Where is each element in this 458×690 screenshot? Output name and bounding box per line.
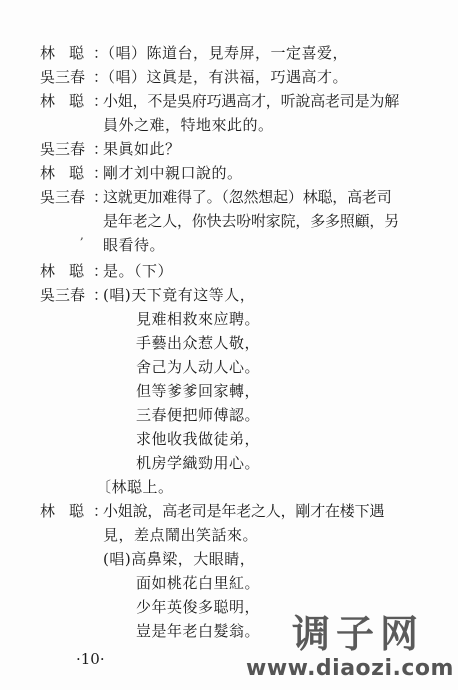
dialogue-line: （唱）陈道台，見寿屏，一定喜爱， [100,44,348,62]
speaker-name: 林聪 [40,164,98,182]
dialogue-continuation: 是年老之人，你快去吩咐家院，多多照顧，另 [103,212,399,230]
sung-line: 机房学織勁用心。 [136,454,260,472]
sung-line: 少年英俊多聪明， [136,598,260,616]
page-number: ·10· [76,650,105,668]
dialogue-continuation: 見，差点鬧出笑話來。 [103,526,258,544]
speaker-name: 林聪 [40,44,98,62]
speaker-label: 吳三春： [40,140,102,158]
speaker-name: 林聪 [40,262,98,280]
stage-direction: 〔林聪上。 [96,478,174,496]
speaker-label: 吳三春： [40,68,102,86]
speaker-name: 吳三春 [40,68,85,86]
speaker-label: 林聪： [40,262,102,280]
dialogue-line: 果眞如此？ [103,140,181,158]
dialogue-continuation: 眼看待。 [103,236,165,254]
speaker-name: 吳三春 [40,188,85,206]
script-page: 林聪： （唱）陈道台，見寿屏，一定喜爱， 吳三春： （唱）这眞是，有洪福，巧遇高… [0,0,458,690]
dialogue-line: 小姐說，高老司是年老之人，剛才在楼下遇 [103,502,384,520]
sung-line: 手藝出众惹人敬， [136,334,260,352]
sung-line: 見难相救來应聘。 [136,310,260,328]
dialogue-line: 是。（下） [103,262,173,280]
speaker-name: 吳三春 [40,286,85,304]
speaker-label: 林聪： [40,44,102,62]
watermark-url: www.diaozi.com [246,656,454,682]
dialogue-continuation: 員外之难，特地來此的。 [103,116,274,134]
sung-line: 舍己为人动人心。 [136,358,260,376]
speaker-label: 吳三春： [40,188,102,206]
sung-line: 面如桃花白里紅。 [136,574,260,592]
sung-line: 三春便把师傅認。 [136,406,260,424]
speaker-name: 林聪 [40,502,98,520]
dialogue-line: 这就更加难得了。（忽然想起）林聪，高老司 [103,188,392,206]
sung-line: 求他收我做徒弟， [136,430,260,448]
sung-line: 但等爹爹回家轉， [136,382,260,400]
sung-line: (唱)天下竟有这等人， [103,286,255,304]
watermark-title: 调子网 [292,612,424,656]
dialogue-line: 小姐，不是吳府巧遇高才，听說高老司是为解 [103,92,399,110]
speaker-label: 林聪： [40,164,102,182]
speaker-label: 林聪： [40,502,102,520]
sung-line: 豈是年老白髮翁。 [136,622,260,640]
speaker-label: 林聪： [40,92,102,110]
speaker-label: 吳三春： [40,286,102,304]
speaker-name: 吳三春 [40,140,85,158]
sung-line: (唱)高鼻梁，大眼睛， [103,550,255,568]
dialogue-line: 剛才刘中親口說的。 [103,164,243,182]
dialogue-line: （唱）这眞是，有洪福，巧遇高才。 [100,68,348,86]
scan-artifact: , [80,228,84,242]
speaker-name: 林聪 [40,92,98,110]
